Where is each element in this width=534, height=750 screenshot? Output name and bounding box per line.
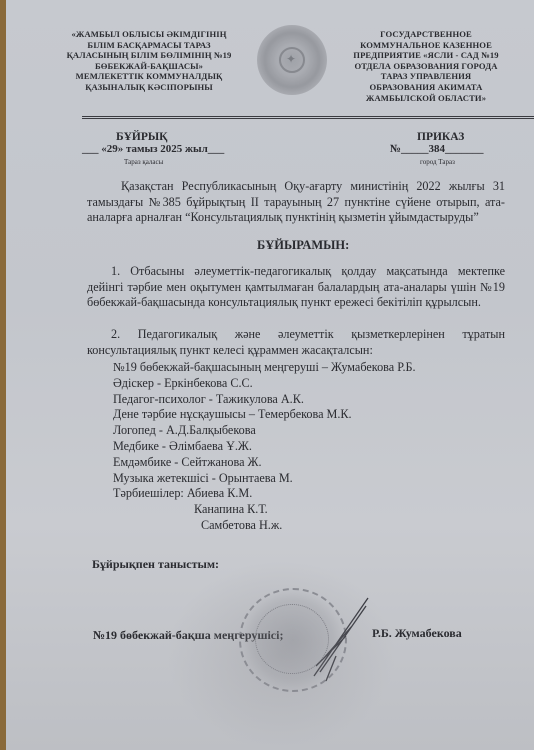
list-item: Әдіскер - Еркінбекова С.С. (113, 376, 416, 392)
order-place-kz: Тараз қаласы (124, 158, 163, 166)
item-2-paragraph: 2. Педагогикалық және әлеуметтік қызметк… (87, 327, 505, 358)
list-item: Медбике - Әлімбаева Ұ.Ж. (113, 439, 416, 455)
header-org-kz: «ЖАМБЫЛ ОБЛЫСЫ ӘКІМДІГІНІҢ БІЛІМ БАСҚАРМ… (54, 29, 244, 93)
header-line: «ЖАМБЫЛ ОБЛЫСЫ ӘКІМДІГІНІҢ (54, 29, 244, 40)
list-item: Самбетова Н.ж. (113, 518, 416, 534)
header-line: МЕМЛЕКЕТТІК КОММУНАЛДЫҚ (54, 71, 244, 82)
intro-paragraph: Қазақстан Республикасының Оқу-ағарту мин… (87, 179, 505, 226)
state-emblem-icon: ✦ (257, 25, 327, 95)
decree-heading: БҰЙЫРАМЫН: (257, 238, 349, 253)
header-line: ГОСУДАРСТВЕННОЕ (328, 29, 524, 40)
document-page: «ЖАМБЫЛ ОБЛЫСЫ ӘКІМДІГІНІҢ БІЛІМ БАСҚАРМ… (6, 0, 534, 750)
header-line: ЖАМБЫЛСКОЙ ОБЛАСТИ» (328, 93, 524, 104)
list-item: Канапина К.Т. (113, 502, 416, 518)
header-line: ҚАЗЫНАЛЫҚ КӘСІПОРЫНЫ (54, 82, 244, 93)
header-org-ru: ГОСУДАРСТВЕННОЕ КОММУНАЛЬНОЕ КАЗЕННОЕ ПР… (328, 29, 524, 103)
header-line: ТАРАЗ УПРАВЛЕНИЯ (328, 71, 524, 82)
header-line: КОММУНАЛЬНОЕ КАЗЕННОЕ (328, 40, 524, 51)
header-line: ОБРАЗОВАНИЯ АКИМАТА (328, 82, 524, 93)
list-item: Музыка жетекшісі - Орынтаева М. (113, 471, 416, 487)
list-item: №19 бөбекжай-бақшасының меңгеруші – Жума… (113, 360, 416, 376)
list-item: Емдәмбике - Сейтжанова Ж. (113, 455, 416, 471)
order-title-ru: ПРИКАЗ (417, 131, 464, 143)
order-place-ru: город Тараз (420, 158, 455, 166)
emblem-star-icon: ✦ (286, 52, 296, 67)
item-1-paragraph: 1. Отбасыны әлеуметтік-педагогикалық қол… (87, 264, 505, 311)
list-item: Дене тәрбие нұсқаушысы – Темербекова М.К… (113, 407, 416, 423)
order-date: ___ «29» тамыз 2025 жыл___ (82, 143, 224, 155)
header-divider (82, 116, 534, 119)
header-line: ПРЕДПРИЯТИЕ «ЯСЛИ - САД №19 (328, 50, 524, 61)
list-item: Тәрбиешілер: Абиева К.М. (113, 486, 416, 502)
signer-role: №19 бөбекжай-бақша меңгерушісі; (93, 628, 283, 643)
header-line: ҚАЛАСЫНЫҢ БІЛІМ БӨЛІМІНІҢ №19 (54, 50, 244, 61)
signer-name: Р.Б. Жумабекова (372, 626, 462, 641)
header-line: БІЛІМ БАСҚАРМАСЫ ТАРАЗ (54, 40, 244, 51)
signature-icon (306, 596, 376, 686)
header-line: ОТДЕЛА ОБРАЗОВАНИЯ ГОРОДА (328, 61, 524, 72)
list-item: Логопед - А.Д.Балқыбекова (113, 423, 416, 439)
header-line: БӨБЕКЖАЙ-БАҚШАСЫ» (54, 61, 244, 72)
list-item: Педагог-психолог - Тажикулова А.К. (113, 392, 416, 408)
order-title-kz: БҰЙРЫҚ (116, 131, 168, 143)
staff-list: №19 бөбекжай-бақшасының меңгеруші – Жума… (113, 360, 416, 534)
acknowledgement-label: Бұйрықпен таныстым: (92, 557, 219, 572)
order-number: №_____384_______ (390, 143, 484, 155)
